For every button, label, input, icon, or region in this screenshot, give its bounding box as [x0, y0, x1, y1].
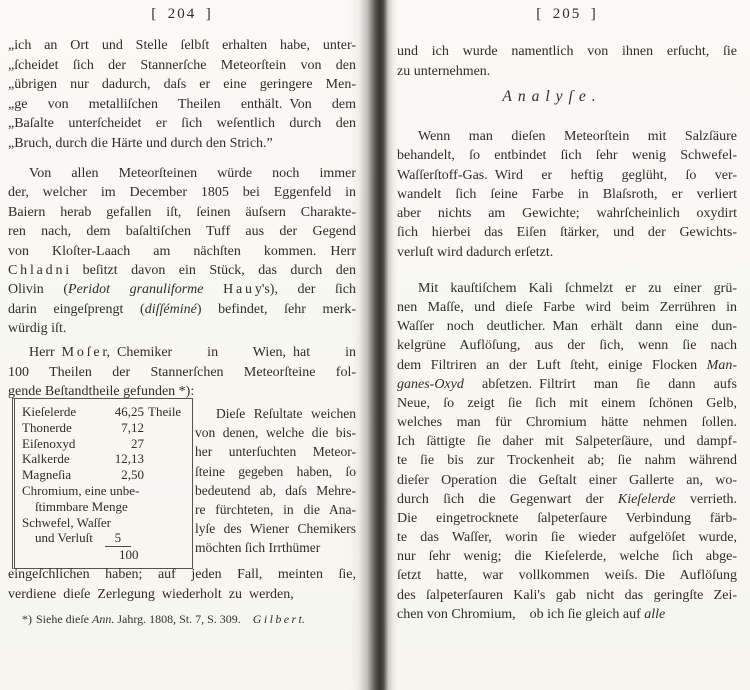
substance-name: Thonerde — [22, 420, 106, 436]
text-line: lyſe des Wiener Chemikers — [195, 519, 356, 538]
text-line: chen von Chromium, ob ich ſie gleich auf… — [397, 605, 737, 624]
substance-name: Magneſia — [22, 467, 106, 483]
sulfur-label: und Verluſt — [35, 530, 93, 545]
text-line: bedeutend ab, daſs Mehre- — [195, 481, 356, 500]
text-line: und ich wurde namentlich von ihnen erſuc… — [397, 42, 737, 62]
text-line: ganes-Oxyd abſetzen. Filtrirt man ſie da… — [397, 375, 737, 394]
text-line: Wenn man dieſen Meteorſtein mit Salzſäur… — [397, 127, 737, 146]
text-line: te ſie bis zur Trockenheit ab; ſie nahm … — [397, 451, 737, 470]
substance-value: 2,50 — [106, 467, 144, 483]
text-line: ren nach, dem baſaltiſchen Tuff aus der … — [8, 222, 356, 241]
table-row-total: 100 — [22, 547, 188, 563]
text-line: Waſſerſtoff-Gas. Wird er heftig geglüht,… — [397, 166, 737, 185]
paragraph-salzsaeure: Wenn man dieſen Meteorſtein mit Salzſäur… — [397, 127, 737, 262]
text-line: Mit kauſtiſchem Kali ſchmelzt er zu eine… — [397, 279, 737, 298]
substance-name: Kieſelerde — [22, 404, 106, 420]
page-number-left: [ 204 ] — [8, 6, 356, 23]
table-row-chromium: Chromium, eine unbe- — [22, 483, 188, 499]
text-line: C h l a d n i beſitzt davon ein Stück, d… — [8, 261, 356, 280]
table-row-sulfur-cont: und Verluſt5 — [22, 530, 188, 547]
text-line: möchten ſich Irrthümer — [195, 538, 356, 557]
paragraph-meteor-origin: Von allen Meteorſteinen würde noch immer… — [8, 164, 356, 339]
text-line: Waſſer noch deutlicher. Man erhält dann … — [397, 317, 737, 336]
substance-name: Kalkerde — [22, 451, 106, 467]
table-row: Thonerde7,12 — [22, 420, 188, 436]
text-line: her unterſuchten Meteor- — [195, 442, 356, 461]
text-line: Olivin (Peridot granuliforme H a u y's),… — [8, 280, 356, 299]
footnote-marker: *) — [22, 612, 36, 626]
paragraph-kali: Mit kauſtiſchem Kali ſchmelzt er zu eine… — [397, 279, 737, 624]
text-line: nur ſehr wenig; die Kieſelerde, welche ſ… — [397, 547, 737, 566]
text-line: „Bruch, durch die Härte und durch den St… — [8, 134, 356, 154]
book-scan: [ 204 ] „ich an Ort und Stelle ſelbſt er… — [0, 0, 750, 690]
text-line: des ſalpeterſauren Kali's gab nicht das … — [397, 586, 737, 605]
text-line: verdiene dieſe Zerlegung wiederholt zu w… — [8, 585, 356, 605]
book-gutter-shadow — [350, 0, 398, 690]
text-line: welches man für Chromium hätte nehmen ſo… — [397, 413, 737, 432]
text-line: Neue, ſo zeigt ſie ſich mit einem ſchöne… — [397, 394, 737, 413]
page-204: [ 204 ] „ich an Ort und Stelle ſelbſt er… — [8, 0, 356, 690]
substance-unit: Theile — [144, 404, 181, 419]
footnote: *)Siehe dieſe Ann. Jahrg. 1808, St. 7, S… — [22, 612, 356, 627]
text-line: ſetzt hatte, war vollkommen weiſs. Die A… — [397, 566, 737, 585]
table-row-sulfur: Schwefel, Waſſer — [22, 515, 188, 531]
substance-value: 12,13 — [106, 451, 144, 467]
text-line: wandelt ſich ſeine Farbe in Blaſsroth, e… — [397, 185, 737, 204]
text-line: „ich an Ort und Stelle ſelbſt erhalten h… — [8, 36, 356, 56]
text-line: ſteine gegeben haben, ſo — [195, 462, 356, 481]
text-line: Herr M o ſ e r, Chemiker in Wien, hat in — [8, 343, 356, 363]
text-line: aber nichts am Gewichte; wahrſcheinlich … — [397, 204, 737, 223]
text-line: „ſcheidet ſich der Stannerſche Meteorſte… — [8, 56, 356, 76]
composition-table: Kieſelerde46,25Theile Thonerde7,12 Eiſen… — [12, 398, 193, 569]
text-line: eingeſchlichen haben; auf jeden Fall, me… — [8, 565, 356, 585]
closing-lines: eingeſchlichen haben; auf jeden Fall, me… — [8, 565, 356, 605]
text-line: durch ſich die Gegenwart der Kieſelerde … — [397, 490, 737, 509]
text-line: „ge von metalliſchen Theilen enthält. Vo… — [8, 95, 356, 115]
table-row: Eiſenoxyd27 — [22, 436, 188, 452]
text-line: ſich hierbei das Eiſen ſtärker, und der … — [397, 223, 737, 242]
total-value: 100 — [119, 547, 139, 563]
text-line: verluſt wird dadurch erſetzt. — [397, 243, 737, 262]
text-line: te das Waſſer, worin ſie wieder aufgelöſ… — [397, 528, 737, 547]
substance-value: 27 — [106, 436, 144, 452]
footnote-text: Siehe dieſe Ann. Jahrg. 1808, St. 7, S. … — [36, 612, 305, 626]
table-row-chromium-cont: ſtimmbare Menge — [22, 499, 188, 515]
text-line: Ich ſättigte ſie daher mit Salpeterſäure… — [397, 432, 737, 451]
page-205: [ 205 ] und ich wurde namentlich von ihn… — [397, 0, 737, 690]
text-line: Von allen Meteorſteinen würde noch immer — [8, 164, 356, 183]
side-paragraph-results: Dieſe Reſultate weichenvon denen, welche… — [195, 404, 356, 558]
text-line: re fürchteten, in die Ana- — [195, 500, 356, 519]
text-line: darin eingeſprengt (diſſéminé) befindet,… — [8, 300, 356, 319]
text-line: behandelt, ſo entbindet ſich ſehr wenig … — [397, 146, 737, 165]
substance-value: 46,25 — [106, 404, 144, 420]
text-line: von denen, welche die bis- — [195, 423, 356, 442]
page-number-right: [ 205 ] — [397, 6, 737, 23]
text-line: nen Maſſe, und dieſe Farbe wird beim Zer… — [397, 298, 737, 317]
substance-value: 7,12 — [106, 420, 144, 436]
text-line: dem Filtriren an der Luft ſteht, einige … — [397, 356, 737, 375]
intro-paragraph: und ich wurde namentlich von ihnen erſuc… — [397, 42, 737, 81]
sulfur-value: 5 — [105, 530, 131, 547]
quoted-paragraph: „ich an Ort und Stelle ſelbſt erhalten h… — [8, 36, 356, 154]
text-line: von Kloſter-Laach am nächſten kommen. He… — [8, 242, 356, 261]
text-line: Baiern herab gefallen iſt, ſeinen äuſser… — [8, 203, 356, 222]
text-line: „übrigen nur dadurch, daſs er eine gerin… — [8, 75, 356, 95]
text-line: Die eingetrocknete ſalpeterſaure Verbind… — [397, 509, 737, 528]
text-line: kelgrüne Auflöſung, aus der ſich, wenn ſ… — [397, 336, 737, 355]
text-line: der, welcher im December 1805 bei Eggenf… — [8, 183, 356, 202]
table-row: Kalkerde12,13 — [22, 451, 188, 467]
text-line: 100 Theilen der Stannerſchen Meteorſtein… — [8, 363, 356, 383]
text-line: dieſer Operation die Geſtalt einer Galle… — [397, 471, 737, 490]
text-line: würdig iſt. — [8, 319, 356, 338]
text-line: „Baſalte unterſcheidet er ſich weſentlic… — [8, 114, 356, 134]
section-heading-analyse: Analyſe. — [397, 88, 707, 106]
table-row: Kieſelerde46,25Theile — [22, 404, 188, 420]
table-row: Magneſia2,50 — [22, 467, 188, 483]
paragraph-moser-intro: Herr M o ſ e r, Chemiker in Wien, hat in… — [8, 343, 356, 402]
text-line: zu unternehmen. — [397, 62, 737, 82]
text-line: Dieſe Reſultate weichen — [195, 404, 356, 423]
substance-name: Eiſenoxyd — [22, 436, 106, 452]
